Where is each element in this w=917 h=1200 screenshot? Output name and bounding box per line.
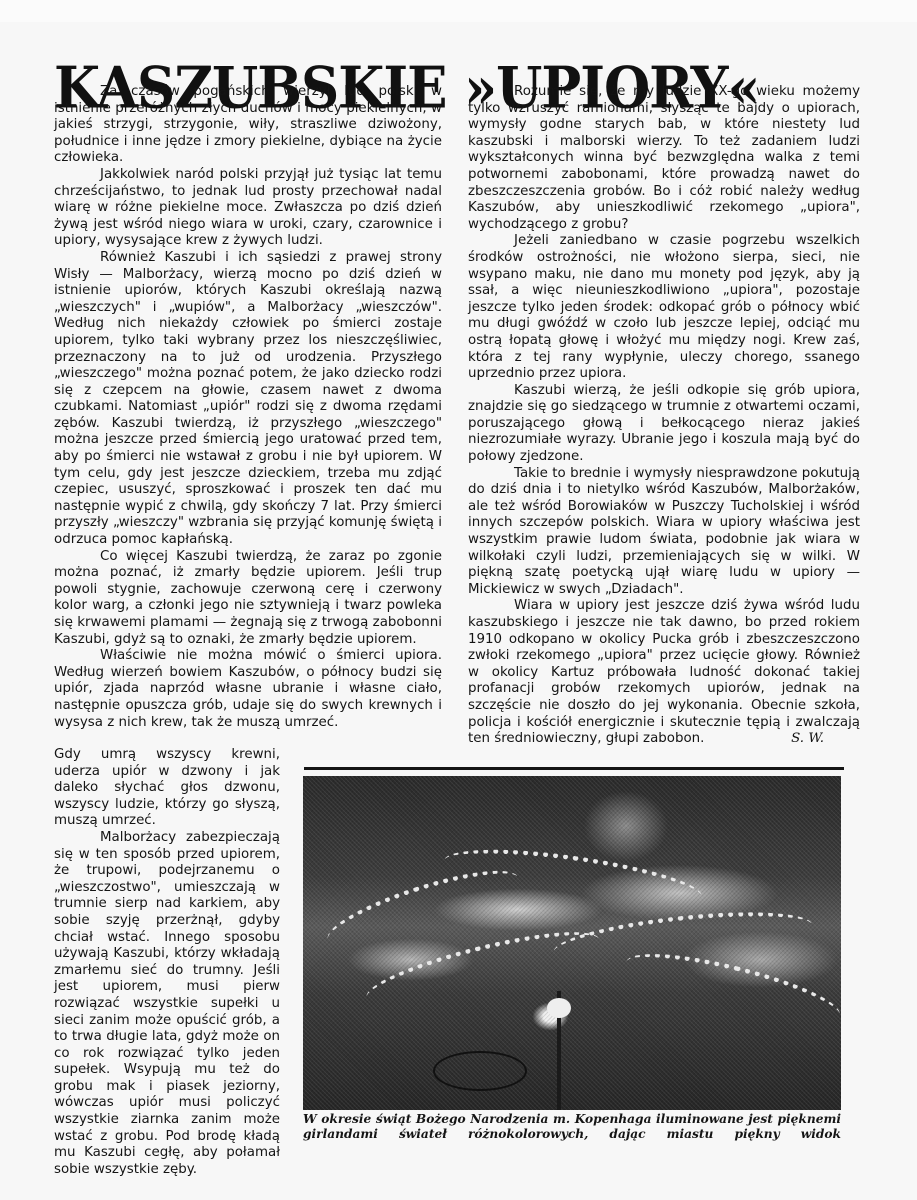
paragraph: Rozumie się, że my ludzie XX-go wieku mo… bbox=[468, 84, 860, 233]
tram-wires-ring bbox=[433, 1051, 527, 1091]
photo-caption: W okresie świąt Bożego Narodzenia m. Kop… bbox=[303, 1112, 841, 1142]
divider-rule bbox=[304, 767, 844, 770]
paragraph: Właściwie nie można mówić o śmierci upio… bbox=[54, 648, 442, 731]
paragraph: Co więcej Kaszubi twierdzą, że zaraz po … bbox=[54, 549, 442, 649]
paragraph: Gdy umrą wszyscy krewni, uderza upiór w … bbox=[54, 747, 280, 830]
paragraph: Malborżacy zabezpieczają się w ten sposó… bbox=[54, 830, 280, 1178]
street-lamp-globe bbox=[547, 998, 571, 1018]
paragraph: Wiara w upiory jest jeszcze dziś żywa wś… bbox=[468, 598, 860, 747]
right-column: Rozumie się, że my ludzie XX-go wieku mo… bbox=[468, 84, 860, 748]
paragraph: Również Kaszubi i ich sąsiedzi z prawej … bbox=[54, 250, 442, 549]
paragraph: Jakkolwiek naród polski przyjął już tysi… bbox=[54, 167, 442, 250]
left-column-top: Za czasów pogańskich wierzył lud polski … bbox=[54, 84, 442, 731]
paragraph: Za czasów pogańskich wierzył lud polski … bbox=[54, 84, 442, 167]
left-column-bottom: Gdy umrą wszyscy krewni, uderza upiór w … bbox=[54, 747, 280, 1178]
photo-copenhagen-night bbox=[303, 776, 841, 1110]
paragraph: Jeżeli zaniedbano w czasie pogrzebu wsze… bbox=[468, 233, 860, 382]
paragraph: Takie to brednie i wymysły niesprawdzone… bbox=[468, 466, 860, 599]
paragraph: Kaszubi wierzą, że jeśli odkopie się gró… bbox=[468, 383, 860, 466]
